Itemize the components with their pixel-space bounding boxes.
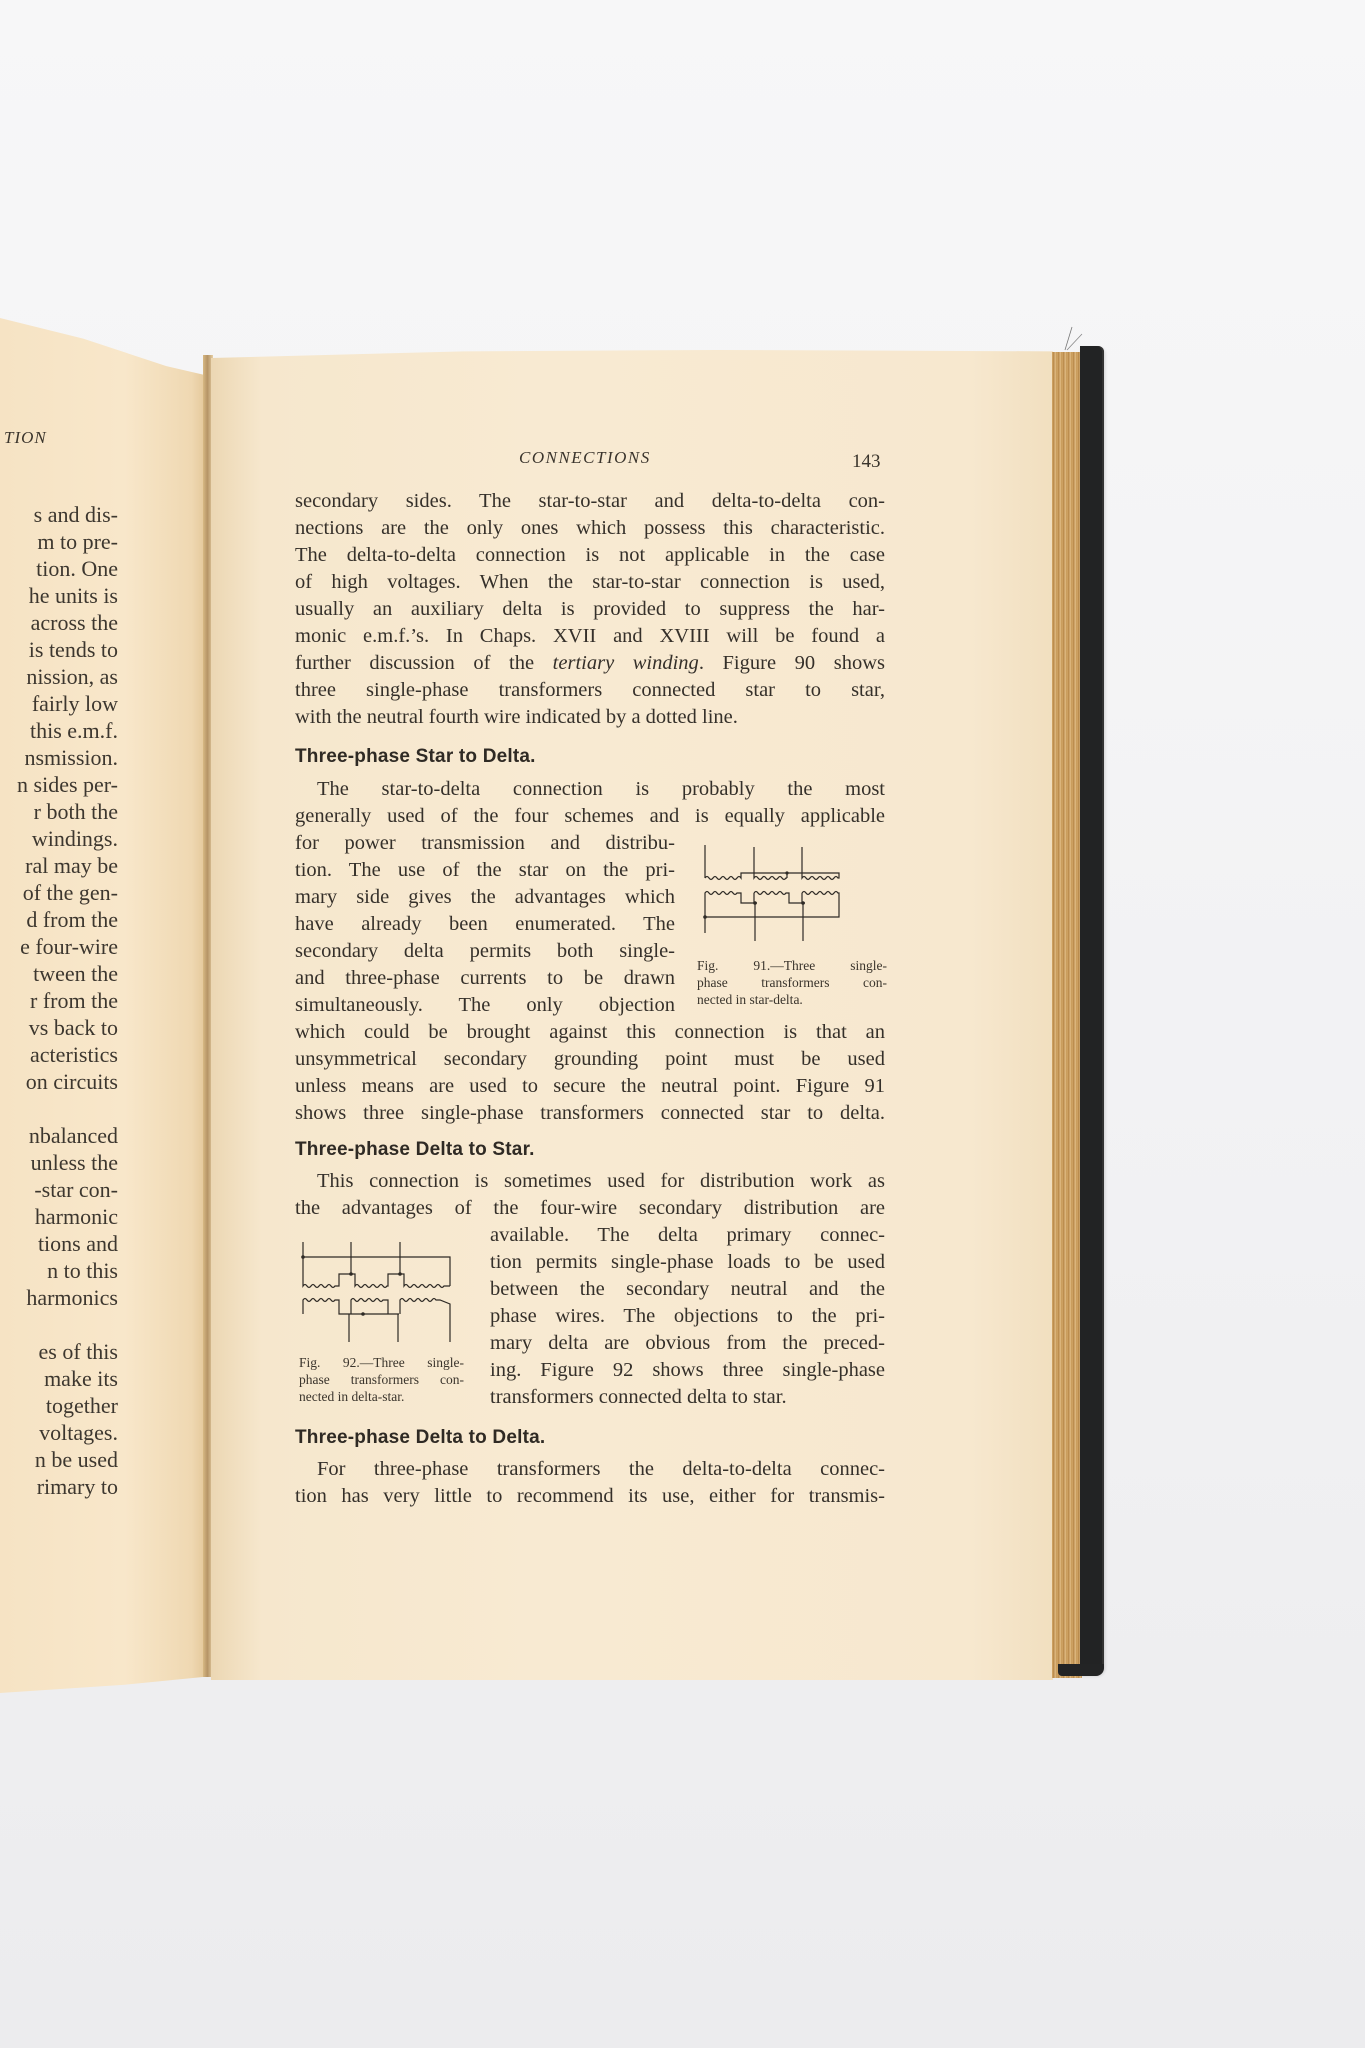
left-text-line: ral may be — [17, 852, 118, 879]
text-line: for power transmission and distribu- — [295, 830, 675, 857]
left-text-line: is tends to — [17, 636, 118, 663]
star-delta-circuit-diagram — [697, 845, 877, 950]
italic-term: tertiary winding — [553, 652, 699, 674]
left-text-line: harmonic — [17, 1203, 118, 1230]
text-line: secondary sides. The star-to-star and de… — [295, 488, 885, 515]
running-head: CONNECTIONS — [519, 448, 651, 468]
text-line: between the secondary neutral and the — [490, 1276, 885, 1303]
left-text-line: s and dis- — [17, 501, 118, 528]
left-text-line: harmonics — [17, 1284, 118, 1311]
section-heading-delta-delta: Three-phase Delta to Delta. — [295, 1427, 885, 1449]
text-line: unless means are used to secure the neut… — [295, 1073, 885, 1100]
caption-line: phase transformers con- — [299, 1371, 464, 1388]
text-line: further discussion of the tertiary windi… — [295, 650, 885, 677]
left-text-line: across the — [17, 609, 118, 636]
left-text-line: -star con- — [17, 1176, 118, 1203]
star-delta-paragraph: The star-to-delta connection is probably… — [295, 776, 885, 830]
left-page-text: s and dis-m to pre-tion. Onehe units isa… — [17, 501, 118, 1500]
text-line: mary side gives the advantages which — [295, 884, 675, 911]
left-text-line: r both the — [17, 798, 118, 825]
left-text-line: voltages. — [17, 1419, 118, 1446]
text-line: have already been enumerated. The — [295, 911, 675, 938]
text-line: with the neutral fourth wire indicated b… — [295, 704, 885, 731]
caption-line: Fig. 92.—Three single- — [299, 1354, 464, 1371]
figure-91: Fig. 91.—Three single- phase transformer… — [697, 845, 892, 1008]
caption-line: nected in delta-star. — [299, 1388, 464, 1405]
book-cover-corner — [1058, 1664, 1104, 1676]
left-text-line: windings. — [17, 825, 118, 852]
left-text-line: together — [17, 1392, 118, 1419]
left-text-line: this e.m.f. — [17, 717, 118, 744]
figure-92-caption: Fig. 92.—Three single- phase transformer… — [299, 1354, 464, 1405]
left-text-line: tions and — [17, 1230, 118, 1257]
left-text-line: n be used — [17, 1446, 118, 1473]
left-text-line: unless the — [17, 1149, 118, 1176]
caption-line: phase transformers con- — [697, 974, 887, 991]
text-line: the advantages of the four-wire secondar… — [295, 1195, 885, 1222]
text-line: tion. The use of the star on the pri- — [295, 857, 675, 884]
caption-line: nected in star-delta. — [697, 991, 887, 1008]
left-text-line: tween the — [17, 960, 118, 987]
left-text-line: n sides per- — [17, 771, 118, 798]
text-line: usually an auxiliary delta is provided t… — [295, 596, 885, 623]
left-text-line: m to pre- — [17, 528, 118, 555]
left-text-line: acteristics — [17, 1041, 118, 1068]
left-text-line: vs back to — [17, 1014, 118, 1041]
left-text-line: es of this — [17, 1338, 118, 1365]
text-line: tion permits single-phase loads to be us… — [490, 1249, 885, 1276]
section-heading-delta-star: Three-phase Delta to Star. — [295, 1139, 885, 1161]
left-text-line: n to this — [17, 1257, 118, 1284]
left-text-line — [17, 1311, 118, 1338]
caption-line: Fig. 91.—Three single- — [697, 957, 887, 974]
left-text-line: rimary to — [17, 1473, 118, 1500]
text-line: and three-phase currents to be drawn — [295, 965, 675, 992]
text-line: mary delta are obvious from the preced- — [490, 1330, 885, 1357]
text-line: tion has very little to recommend its us… — [295, 1483, 885, 1510]
left-text-line: e four-wire — [17, 933, 118, 960]
left-text-line — [17, 1095, 118, 1122]
left-text-line: nbalanced — [17, 1122, 118, 1149]
text-line: For three-phase transformers the delta-t… — [295, 1456, 885, 1483]
page-number: 143 — [852, 451, 881, 473]
left-text-line: fairly low — [17, 690, 118, 717]
left-text-line: d from the — [17, 906, 118, 933]
intro-paragraph: secondary sides. The star-to-star and de… — [295, 488, 885, 731]
text-fragment: . Figure 90 shows — [699, 652, 885, 674]
book-cover-edge — [1080, 346, 1104, 1674]
left-text-line: of the gen- — [17, 879, 118, 906]
figure-91-caption: Fig. 91.—Three single- phase transformer… — [697, 957, 887, 1008]
left-text-line: make its — [17, 1365, 118, 1392]
text-line: which could be brought against this conn… — [295, 1019, 885, 1046]
text-line: nections are the only ones which possess… — [295, 515, 885, 542]
text-line: The star-to-delta connection is probably… — [295, 776, 885, 803]
text-line: The delta-to-delta connection is not app… — [295, 542, 885, 569]
fiber-strands-icon — [1060, 322, 1090, 352]
text-line: monic e.m.f.’s. In Chaps. XVII and XVIII… — [295, 623, 885, 650]
text-line: ing. Figure 92 shows three single-phase — [490, 1357, 885, 1384]
left-text-line: nission, as — [17, 663, 118, 690]
delta-star-paragraph: This connection is sometimes used for di… — [295, 1168, 885, 1222]
text-line: This connection is sometimes used for di… — [295, 1168, 885, 1195]
delta-star-wrapped-text: available. The delta primary connec- tio… — [490, 1222, 885, 1411]
left-text-line: he units is — [17, 582, 118, 609]
left-text-line: r from the — [17, 987, 118, 1014]
left-text-line: nsmission. — [17, 744, 118, 771]
gilt-page-edges — [1052, 352, 1082, 1678]
text-line: available. The delta primary connec- — [490, 1222, 885, 1249]
figure-92: Fig. 92.—Three single- phase transformer… — [299, 1242, 469, 1405]
delta-star-circuit-diagram — [299, 1242, 459, 1347]
text-line: generally used of the four schemes and i… — [295, 803, 885, 830]
delta-delta-paragraph: For three-phase transformers the delta-t… — [295, 1456, 885, 1510]
text-line: transformers connected delta to star. — [490, 1384, 885, 1411]
text-line: shows three single-phase transformers co… — [295, 1100, 885, 1127]
left-running-head: TION — [4, 428, 47, 448]
left-text-line: on circuits — [17, 1068, 118, 1095]
book-photo: TION s and dis-m to pre-tion. Onehe unit… — [0, 0, 1365, 2048]
text-line: phase wires. The objections to the pri- — [490, 1303, 885, 1330]
text-line: simultaneously. The only objection — [295, 992, 675, 1019]
text-line: secondary delta permits both single- — [295, 938, 675, 965]
text-fragment: further discussion of the — [295, 652, 534, 674]
star-delta-continued: which could be brought against this conn… — [295, 1019, 885, 1127]
text-line: of high voltages. When the star-to-star … — [295, 569, 885, 596]
left-page: TION s and dis-m to pre-tion. Onehe unit… — [0, 318, 208, 1693]
text-line: three single-phase transformers connecte… — [295, 677, 885, 704]
section-heading-star-delta: Three-phase Star to Delta. — [295, 746, 885, 768]
left-text-line: tion. One — [17, 555, 118, 582]
text-line: unsymmetrical secondary grounding point … — [295, 1046, 885, 1073]
